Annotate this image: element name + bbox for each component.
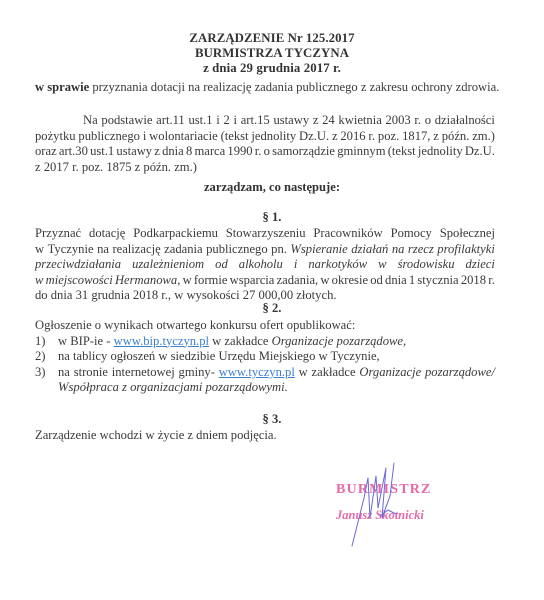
decree-number: ZARZĄDZENIE Nr 125.2017 <box>0 31 544 46</box>
document-page: ZARZĄDZENIE Nr 125.2017 BURMISTRZA TYCZY… <box>0 0 544 600</box>
section-2-intro: Ogłoszenie o wynikach otwartego konkursu… <box>35 318 495 334</box>
legal-basis-line: orazart.30ust.1ustawyzdnia8marca1990r.os… <box>35 144 495 160</box>
section-3-body: Zarządzenie wchodzi w życie z dniem podj… <box>35 428 277 444</box>
signature-icon <box>334 458 414 548</box>
list-item: 3) nastronieinternetowejgminy-www.tyczyn… <box>35 365 495 381</box>
section-1-title: § 1. <box>0 210 544 226</box>
section-2-body: Ogłoszenie o wynikach otwartego konkursu… <box>35 318 495 396</box>
legal-basis-line: Napodstawieart.11ust.1i2iart.15ustawyz24… <box>35 113 495 129</box>
section-2-title: § 2. <box>0 301 544 317</box>
bip-link[interactable]: www.bip.tyczyn.pl <box>114 334 209 348</box>
list-item: 1) w BIP-ie - www.bip.tyczyn.pl w zakład… <box>35 334 495 350</box>
subject-label: w sprawie <box>35 80 89 94</box>
stamp-name: Janusz Skotnicki <box>336 508 424 524</box>
legal-basis-line: z 2017 r. poz. 1875 z późn. zm.) <box>35 160 495 176</box>
issuer: BURMISTRZA TYCZYNA <box>0 46 544 61</box>
decree-date: z dnia 29 grudnia 2017 r. <box>0 61 544 76</box>
document-header: ZARZĄDZENIE Nr 125.2017 BURMISTRZA TYCZY… <box>0 31 544 76</box>
tyczyn-link[interactable]: www.tyczyn.pl <box>219 365 295 379</box>
legal-basis: Napodstawieart.11ust.1i2iart.15ustawyz24… <box>35 113 495 175</box>
list-item: 2) na tablicy ogłoszeń w siedzibie Urzęd… <box>35 349 495 365</box>
decree-statement: zarządzam, co następuje: <box>0 180 544 196</box>
subject-text: przyznania dotacji na realizację zadania… <box>89 80 499 94</box>
mayor-stamp: BURMISTRZ Janusz Skotnicki <box>336 482 466 552</box>
legal-basis-line: pożytkupublicznegoiwolontariacie(tekstje… <box>35 129 495 145</box>
decree-subject: w sprawie przyznania dotacji na realizac… <box>35 80 499 96</box>
stamp-title: BURMISTRZ <box>336 482 432 498</box>
section-1-body: PrzyznaćdotacjęPodkarpackiemuStowarzysze… <box>35 226 495 304</box>
section-3-title: § 3. <box>0 412 544 428</box>
